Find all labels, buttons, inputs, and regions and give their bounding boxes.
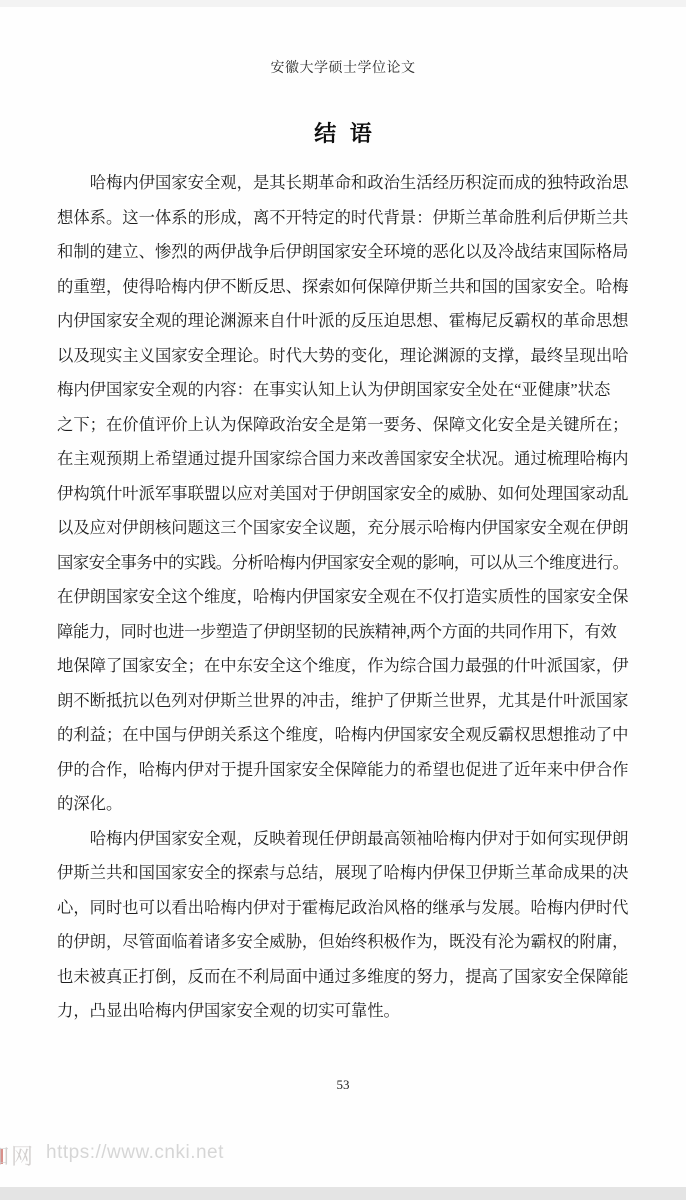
body-line: 哈梅内伊国家安全观，反映着现任伊朗最高领袖哈梅内伊对于如何实现伊朗 [57, 822, 629, 857]
chapter-title: 结 语 [0, 117, 686, 148]
body-text: 哈梅内伊国家安全观，是其长期革命和政治生活经历积淀而成的独特政治思想体系。这一体… [57, 166, 629, 1029]
body-line: 朗不断抵抗以色列对伊斯兰世界的冲击，维护了伊斯兰世界，尤其是什叶派国家 [57, 684, 629, 719]
body-line: 心，同时也可以看出哈梅内伊对于霍梅尼政治风格的继承与发展。哈梅内伊时代 [57, 891, 629, 926]
body-line: 想体系。这一体系的形成，离不开特定的时代背景：伊斯兰革命胜利后伊斯兰共 [57, 201, 629, 236]
body-line: 在主观预期上希望通过提升国家综合国力来改善国家安全状况。通过梳理哈梅内 [57, 442, 629, 477]
body-line: 以及现实主义国家安全理论。时代大势的变化，理论渊源的支撑，最终呈现出哈 [57, 339, 629, 374]
body-line: 地保障了国家安全；在中东安全这个维度，作为综合国力最强的什叶派国家，伊 [57, 649, 629, 684]
body-line: 国家安全事务中的实践。分析哈梅内伊国家安全观的影响，可以从三个维度进行。 [57, 546, 629, 581]
body-line: 也未被真正打倒，反而在不利局面中通过多维度的努力，提高了国家安全保障能 [57, 960, 629, 995]
body-line: 的伊朗，尽管面临着诸多安全威胁，但始终积极作为，既没有沦为霸权的附庸， [57, 925, 629, 960]
page-top-edge [0, 0, 686, 7]
body-line: 和制的建立、惨烈的两伊战争后伊朗国家安全环境的恶化以及冷战结束国际格局 [57, 235, 629, 270]
body-line: 以及应对伊朗核问题这三个国家安全议题，充分展示哈梅内伊国家安全观在伊朗 [57, 511, 629, 546]
body-line: 内伊国家安全观的理论渊源来自什叶派的反压迫思想、霍梅尼反霸权的革命思想 [57, 304, 629, 339]
body-line: 障能力，同时也进一步塑造了伊朗坚韧的民族精神,两个方面的共同作用下，有效 [57, 615, 629, 650]
body-line: 哈梅内伊国家安全观，是其长期革命和政治生活经历积淀而成的独特政治思 [57, 166, 629, 201]
page-bottom-bar [0, 1187, 686, 1200]
body-line: 力，凸显出哈梅内伊国家安全观的切实可靠性。 [57, 994, 629, 1029]
body-line: 的利益；在中国与伊朗关系这个维度，哈梅内伊国家安全观反霸权思想推动了中 [57, 718, 629, 753]
cnki-logo-partial: 知网 [0, 1140, 35, 1171]
running-header: 安徽大学硕士学位论文 [0, 57, 686, 77]
body-line: 伊的合作，哈梅内伊对于提升国家安全保障能力的希望也促进了近年来中伊合作 [57, 753, 629, 788]
body-line: 的深化。 [57, 787, 629, 822]
body-line: 伊构筑什叶派军事联盟以应对美国对于伊朗国家安全的威胁、如何处理国家动乱 [57, 477, 629, 512]
page-number: 53 [0, 1077, 686, 1093]
body-line: 之下；在价值评价上认为保障政治安全是第一要务、保障文化安全是关键所在； [57, 408, 629, 443]
body-line: 伊斯兰共和国国家安全的探索与总结，展现了哈梅内伊保卫伊斯兰革命成果的决 [57, 856, 629, 891]
body-line: 在伊朗国家安全这个维度，哈梅内伊国家安全观在不仅打造实质性的国家安全保 [57, 580, 629, 615]
thesis-page: 安徽大学硕士学位论文 结 语 哈梅内伊国家安全观，是其长期革命和政治生活经历积淀… [0, 0, 686, 1200]
body-line: 的重塑，使得哈梅内伊不断反思、探索如何保障伊斯兰共和国的国家安全。哈梅 [57, 270, 629, 305]
body-line: 梅内伊国家安全观的内容：在事实认知上认为伊朗国家安全处在“亚健康”状态 [57, 373, 629, 408]
cnki-watermark-url: https://www.cnki.net [46, 1142, 224, 1164]
